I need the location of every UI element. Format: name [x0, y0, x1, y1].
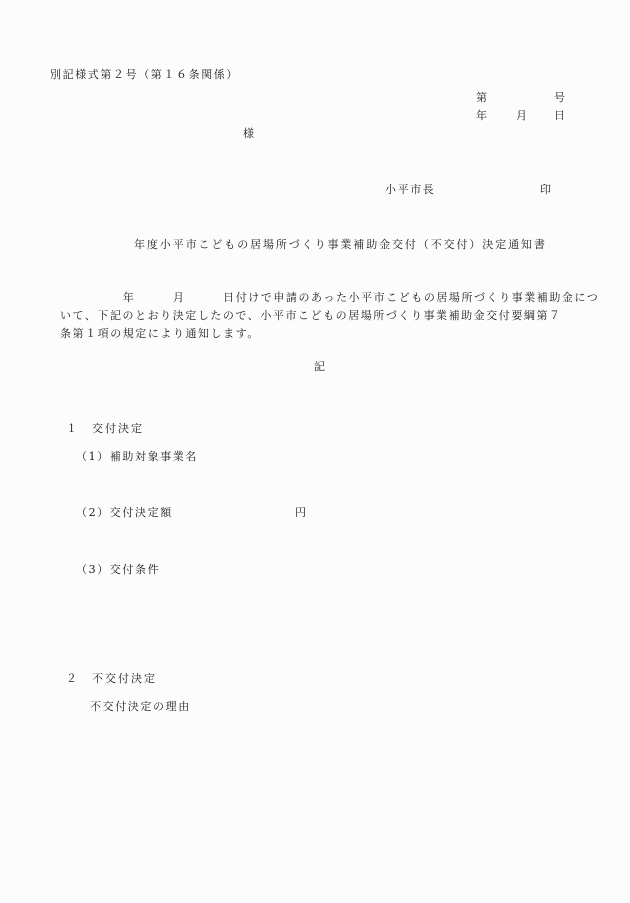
body-line: いて、下記のとおり決定したので、小平市こどもの居場所づくり事業補助金交付要綱第７ — [60, 307, 582, 325]
document-number-suffix: 号 — [554, 92, 567, 103]
section1-item-grant-conditions: （3）交付条件 — [76, 564, 160, 575]
document-number-prefix: 第 — [476, 92, 489, 103]
section1-item-grant-amount: （2）交付決定額 — [76, 507, 173, 518]
seal-mark: 印 — [540, 184, 553, 195]
date-month: 月 — [516, 110, 529, 121]
body-paragraph: 年 月 日付けで申請のあった小平市こどもの居場所づくり事業補助金につ いて、下記… — [60, 289, 582, 343]
date-year: 年 — [476, 110, 489, 121]
section2-heading: ２ 不交付決定 — [66, 673, 157, 684]
section1-item-subsidized-project: （1）補助対象事業名 — [76, 451, 198, 462]
non-grant-reason-label: 不交付決定の理由 — [90, 701, 191, 712]
section1-heading: １ 交付決定 — [66, 423, 144, 434]
ki-marker: 記 — [314, 361, 327, 372]
document-title: 年度小平市こどもの居場所づくり事業補助金交付（不交付）決定通知書 — [134, 239, 547, 250]
addressee-honorific: 様 — [243, 128, 256, 139]
issuer-name: 小平市長 — [385, 184, 435, 195]
grant-amount-unit: 円 — [295, 507, 308, 518]
date-day: 日 — [554, 110, 567, 121]
body-line: 条第１項の規定により通知します。 — [60, 325, 582, 343]
form-label: 別記様式第２号（第１６条関係） — [50, 69, 239, 80]
body-line: 年 月 日付けで申請のあった小平市こどもの居場所づくり事業補助金につ — [60, 289, 582, 307]
